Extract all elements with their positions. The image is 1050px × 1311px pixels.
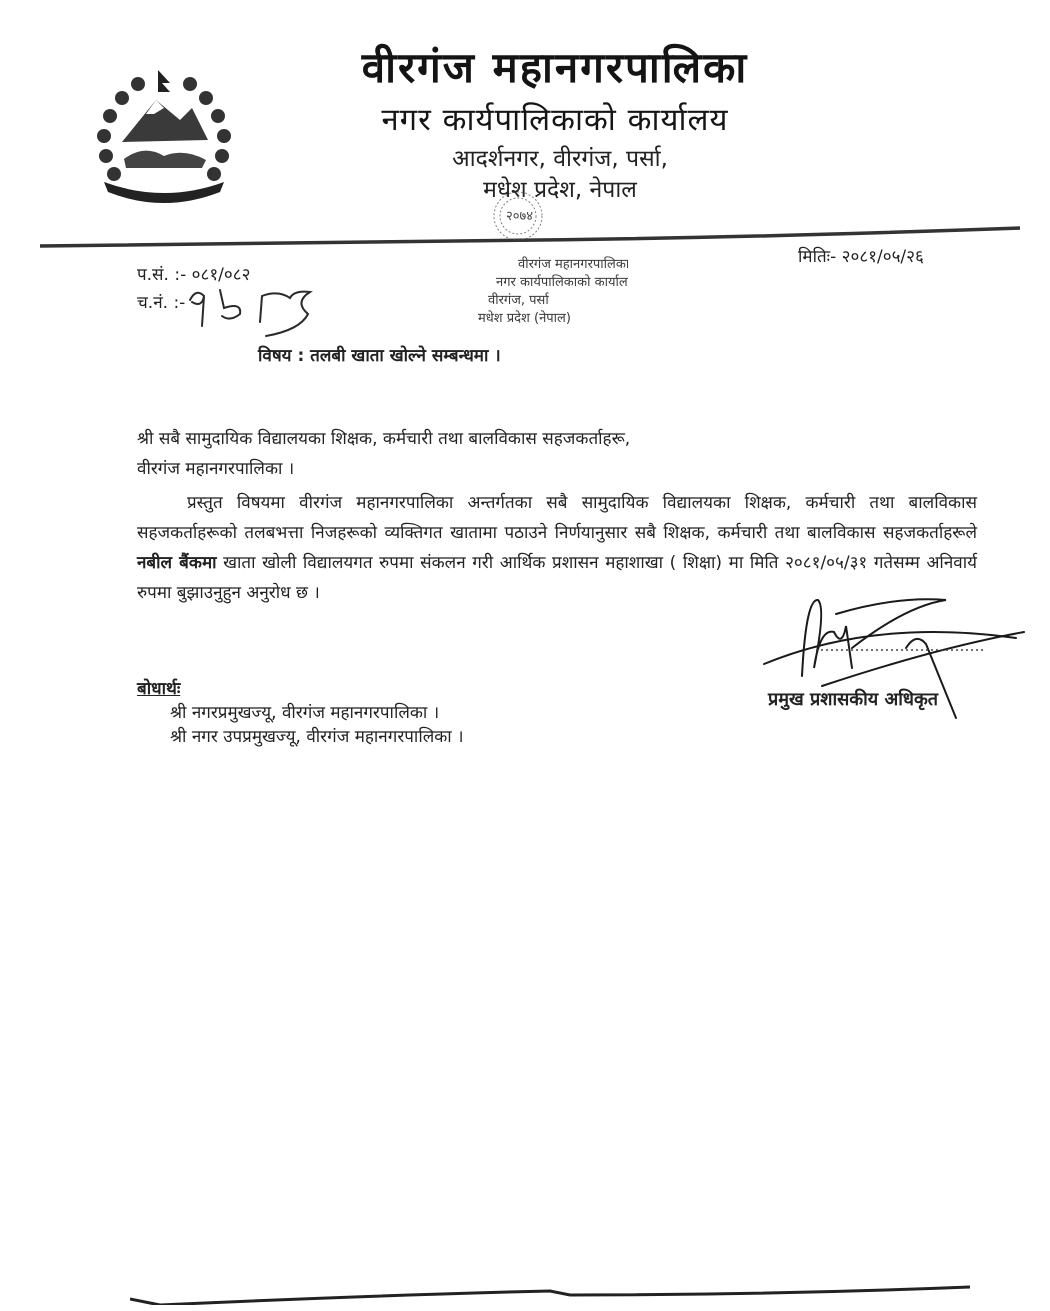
body-part-1: प्रस्तुत विषयमा वीरगंज महानगरपालिका अन्त… [137, 493, 977, 543]
addressee-line-2: वीरगंज महानगरपालिका । [137, 456, 294, 479]
org-name: वीरगंज महानगरपालिका [0, 38, 1050, 95]
bank-name: नबील बैंकमा [137, 553, 217, 573]
footer-divider [130, 1285, 970, 1305]
address-line-1: आदर्शनगर, वीरगंज, पर्सा, [0, 141, 1050, 173]
subject-line: विषय : तलबी खाता खोल्ने सम्बन्धमा । [258, 343, 501, 366]
cc-label: बोधार्थः [137, 676, 180, 699]
svg-text:नगर कार्यपालिकाको कार्यालय: नगर कार्यपालिकाको कार्यालय [496, 274, 628, 290]
office-stamp-icon: २०७४ वीरगंज महानगरपालिका नगर कार्यपालिका… [448, 186, 628, 346]
date-label: मितिः- [798, 247, 836, 267]
letter-date: मितिः- २०८१/०५/२६ [798, 244, 924, 267]
handwritten-chalan-number: १५८५ [182, 278, 332, 338]
cc-item: श्री नगरप्रमुखज्यू, वीरगंज महानगरपालिका … [170, 700, 439, 723]
office-name: नगर कार्यपालिकाको कार्यालय [0, 98, 1050, 140]
patra-sankhya-label: प.सं. :- [137, 265, 186, 285]
date-value: २०८१/०५/२६ [842, 247, 924, 267]
svg-text:वीरगंज, पर्सा: वीरगंज, पर्सा [488, 292, 550, 308]
addressee-line-1: श्री सबै सामुदायिक विद्यालयका शिक्षक, कर… [137, 426, 630, 449]
svg-text:वीरगंज महानगरपालिका: वीरगंज महानगरपालिका [518, 256, 628, 272]
cc-item: श्री नगर उपप्रमुखज्यू, वीरगंज महानगरपालि… [170, 724, 464, 747]
chalan-number-label: च.नं. :- [137, 293, 185, 313]
signatory-title: प्रमुख प्रशासकीय अधिकृत [768, 687, 938, 711]
svg-text:मधेश प्रदेश (नेपाल): मधेश प्रदेश (नेपाल) [478, 310, 571, 326]
svg-text:२०७४: २०७४ [506, 209, 533, 224]
chalan-number: च.नं. :- [137, 290, 185, 313]
